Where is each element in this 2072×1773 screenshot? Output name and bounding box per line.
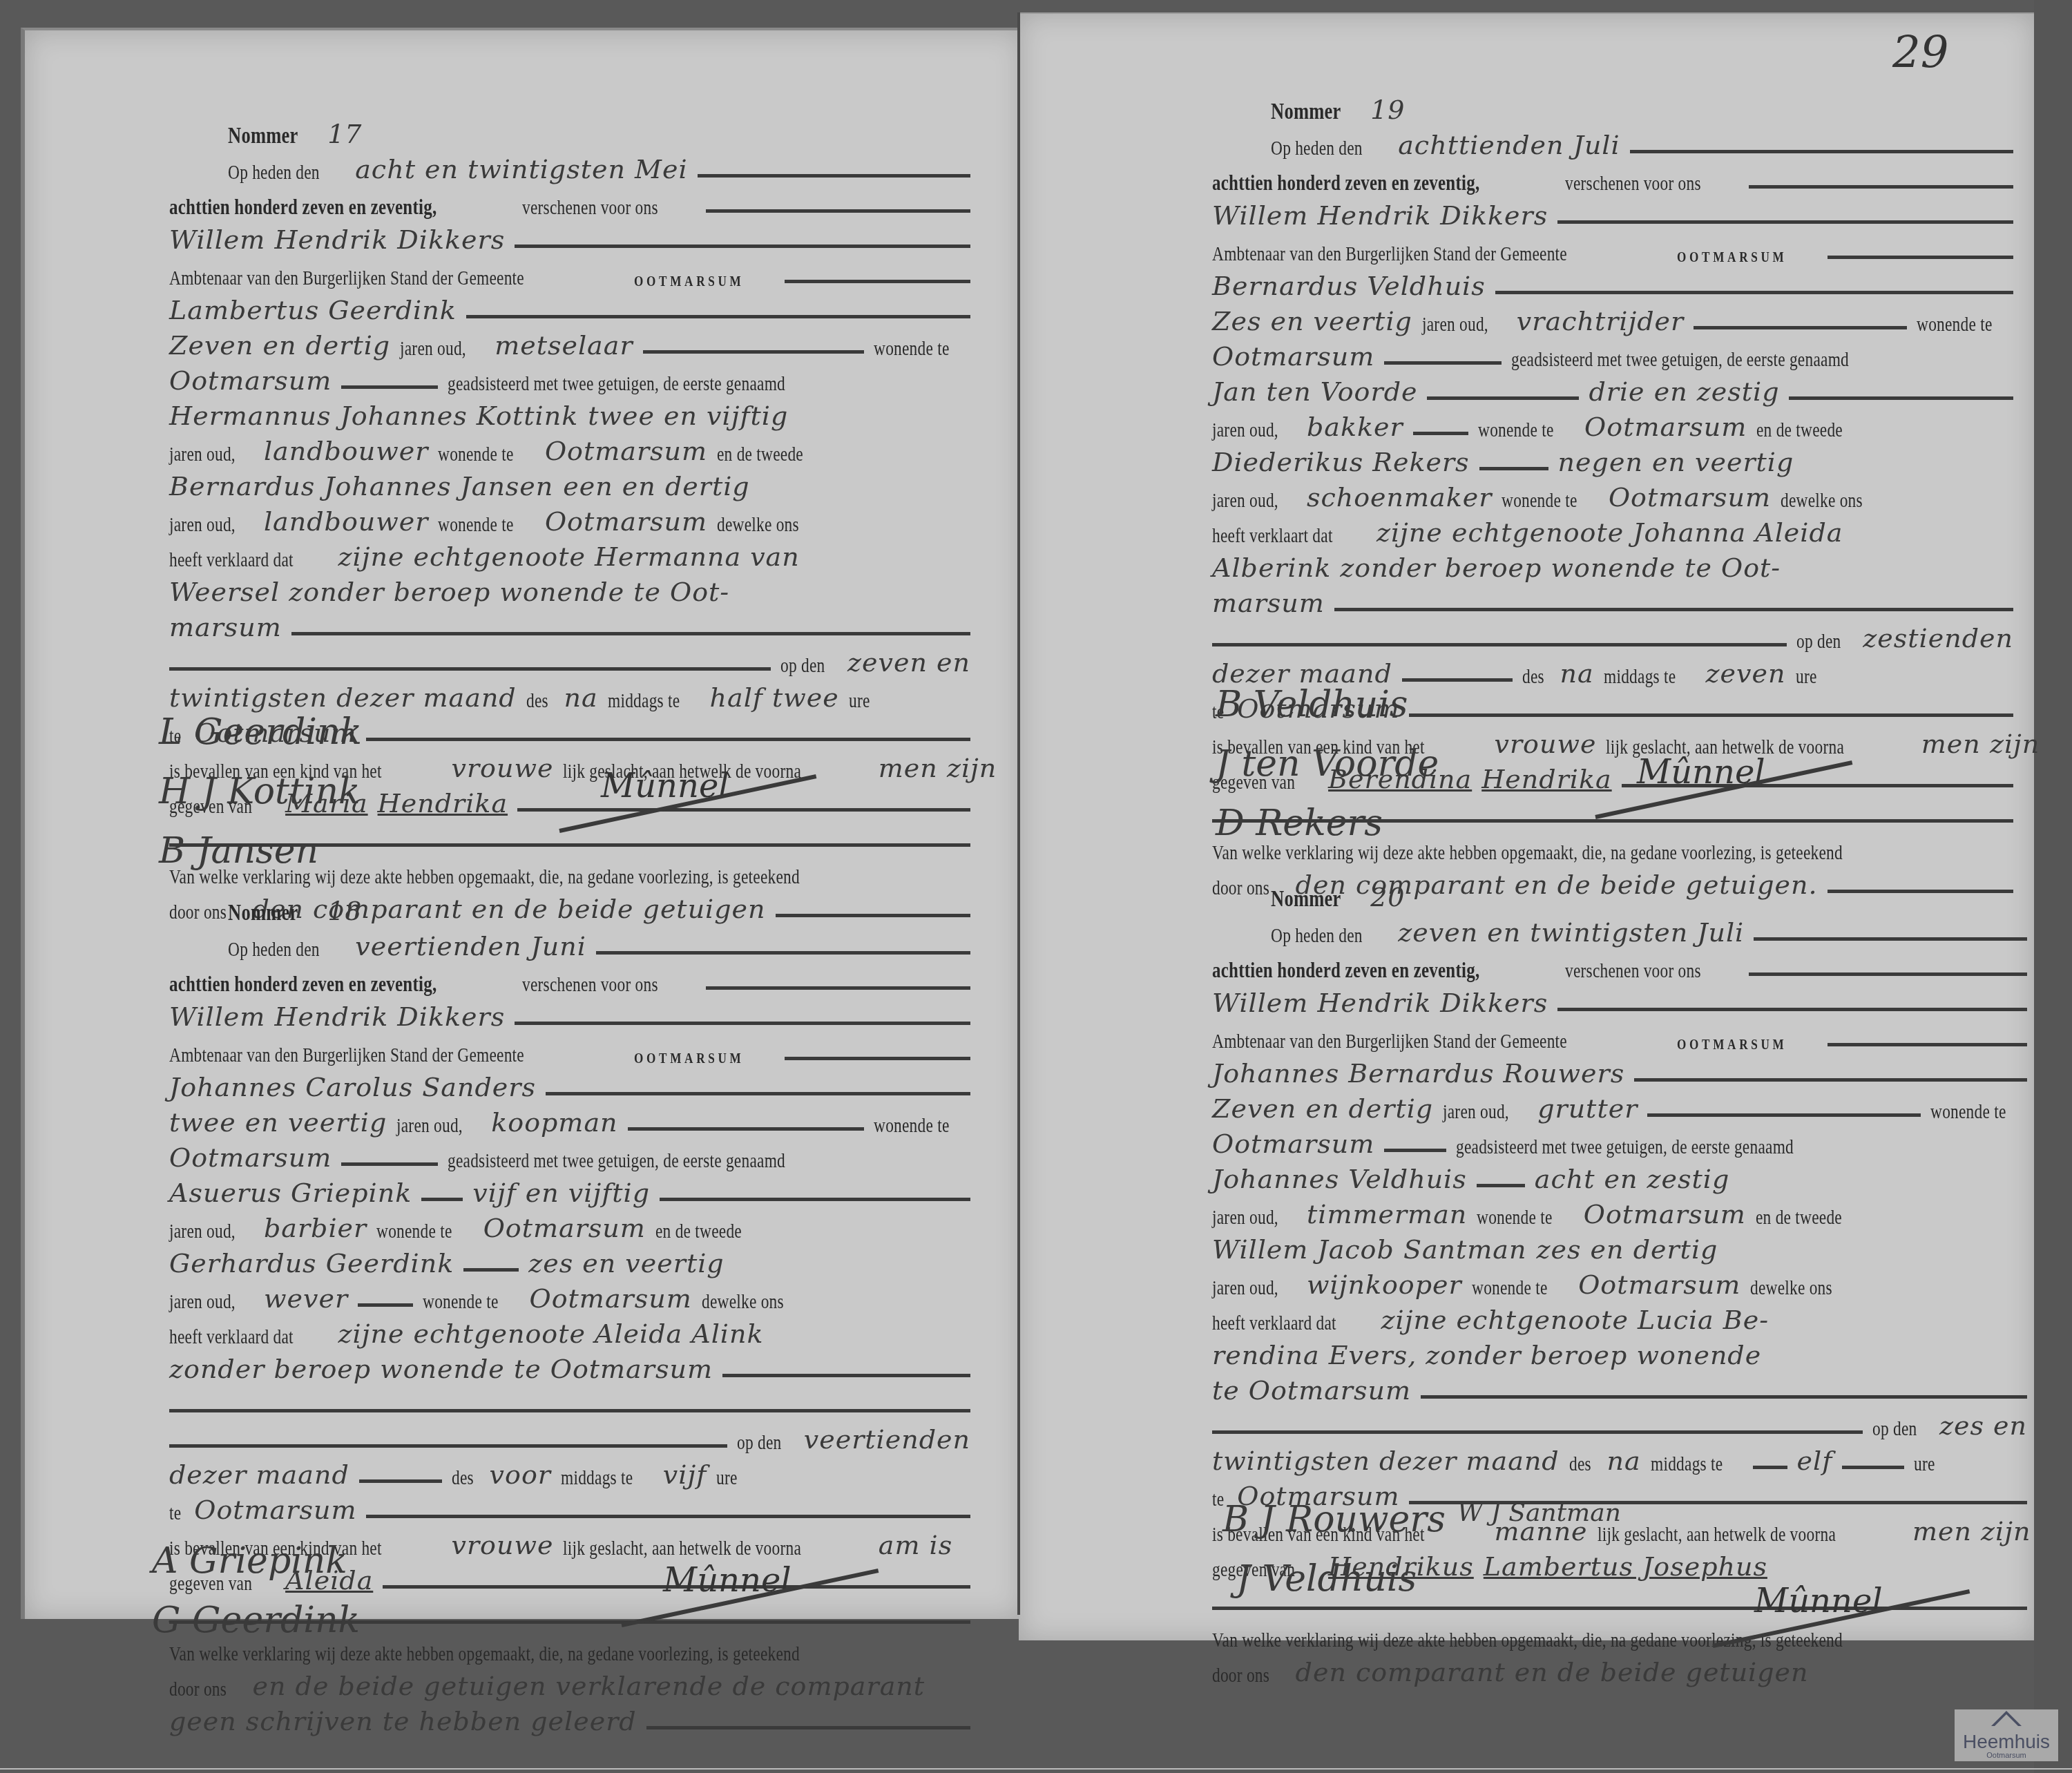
- witness2-occupation: wever: [264, 1283, 348, 1314]
- printed-jaren-oud: jaren oud,: [400, 337, 466, 361]
- printed-des: des: [526, 689, 548, 713]
- names-suffix: men zijn: [1921, 729, 2040, 759]
- official-name: Willem Hendrik Dikkers: [169, 1001, 505, 1032]
- signature: A Griepink: [152, 1540, 360, 1582]
- witness1-age: acht en zestig: [1535, 1164, 1730, 1194]
- fill-rule: [785, 1057, 970, 1060]
- witness1-occupation: landbouwer: [264, 436, 428, 466]
- printed-op-den: op den: [1872, 1417, 1917, 1441]
- fill-rule: [366, 1515, 970, 1518]
- official-name: Willem Hendrik Dikkers: [169, 224, 505, 255]
- names-suffix: am is: [879, 1530, 952, 1560]
- printed-jaren-oud: jaren oud,: [169, 443, 236, 466]
- printed-jaren-oud: jaren oud,: [169, 513, 236, 537]
- fill-rule: [515, 245, 970, 248]
- fill-rule: [722, 1374, 970, 1377]
- witness-signatures-20: B J Rouwers J Veldhuis: [1222, 1499, 1446, 1618]
- entry-number: 19: [1370, 95, 1405, 125]
- printed-jaren-oud: jaren oud,: [1212, 489, 1278, 512]
- witness1-name: Jan ten Voorde: [1212, 376, 1417, 407]
- witness2-name: Willem Jacob Santman: [1212, 1234, 1527, 1265]
- witness2-age: een en dertig: [563, 471, 749, 501]
- fill-rule: [628, 1127, 864, 1131]
- signed-by: en de beide getuigen verklarende de comp…: [253, 1671, 925, 1701]
- fill-rule: [1409, 713, 2013, 717]
- nommer-label: Nommer: [228, 123, 298, 149]
- witness2-age: zes en dertig: [1537, 1234, 1718, 1265]
- municipality-name: OOTMARSUM: [1677, 248, 1787, 266]
- declarant-age: Zes en veertig: [1212, 306, 1412, 336]
- declarant-residence: Ootmarsum: [169, 1142, 332, 1173]
- printed-op-den: op den: [1796, 630, 1841, 653]
- signature-santman: W J Santman: [1457, 1499, 1621, 1527]
- printed-ambtenaar: Ambtenaar van den Burgerlijken Stand der…: [169, 267, 524, 290]
- signature: D Rekers: [1216, 803, 1439, 844]
- witness2-occupation: landbouwer: [264, 506, 428, 537]
- witness1-residence: Ootmarsum: [483, 1213, 646, 1243]
- printed-dewelke-ons: dewelke ons: [1750, 1276, 1832, 1300]
- fill-rule: [291, 632, 970, 635]
- birth-hour: zeven: [1706, 658, 1786, 689]
- witness1-name: Hermannus Johannes Kottink: [169, 401, 578, 431]
- fill-rule: [358, 1303, 413, 1307]
- witness-signatures-17: L Geerdink H J Kottink B Jansen: [159, 711, 362, 890]
- fill-rule: [1842, 1466, 1904, 1469]
- entry-number: 18: [327, 896, 362, 926]
- fill-rule: [517, 808, 970, 812]
- fill-rule: [341, 385, 438, 389]
- fill-rule: [1402, 678, 1513, 682]
- official-signature-17: Mûnnel: [601, 767, 729, 805]
- child-sex: vrouwe: [451, 753, 553, 783]
- fill-rule: [1477, 1184, 1525, 1187]
- fill-rule: [341, 1162, 438, 1166]
- names-suffix: men zijn: [1912, 1516, 2031, 1546]
- printed-op-heden: Op heden den: [1271, 924, 1363, 948]
- printed-jaren-oud: jaren oud,: [1422, 313, 1488, 336]
- printed-geadsisteerd: geadsisteerd met twee getuigen, de eerst…: [1511, 348, 1849, 372]
- declarant-name: Johannes Bernardus Rouwers: [1212, 1058, 1624, 1089]
- signature: B Veldhuis: [1216, 684, 1439, 725]
- entry-number: 17: [327, 119, 362, 149]
- printed-heeft-verklaart: heeft verklaart dat: [1212, 524, 1333, 548]
- printed-ambtenaar: Ambtenaar van den Burgerlijken Stand der…: [169, 1044, 524, 1067]
- printed-heeft-verklaard: heeft verklaard dat: [169, 548, 294, 572]
- printed-ure: ure: [1796, 665, 1817, 689]
- birth-place: Ootmarsum: [194, 1495, 356, 1525]
- witness1-residence: Ootmarsum: [545, 436, 707, 466]
- fill-rule: [1754, 937, 2027, 941]
- declarant-age: Zeven en dertig: [1212, 1093, 1433, 1124]
- printed-ure: ure: [849, 689, 870, 713]
- printed-jaren-oud: jaren oud,: [396, 1114, 463, 1138]
- witness2-occupation: schoenmaker: [1307, 482, 1492, 512]
- printed-middags-te: middags te: [608, 689, 680, 713]
- statement-line-3: marsum: [1212, 588, 1325, 618]
- printed-jaren-oud: jaren oud,: [1212, 1206, 1278, 1229]
- printed-wonende-te: wonende te: [1477, 1206, 1553, 1229]
- fill-rule: [646, 1726, 970, 1729]
- book-spine: [1017, 12, 1020, 1615]
- printed-heeft-verklaard: heeft verklaard dat: [1212, 1312, 1336, 1335]
- fill-rule: [1828, 256, 2013, 259]
- signature: L Geerdink: [159, 711, 362, 753]
- statement-line-1: zijne echtgenoote Johanna Aleida: [1376, 517, 1843, 548]
- witness2-residence: Ootmarsum: [1609, 482, 1771, 512]
- printed-des: des: [452, 1466, 474, 1490]
- registration-date: zeven en twintigsten Juli: [1398, 917, 1744, 948]
- printed-wonende-te: wonende te: [1472, 1276, 1548, 1300]
- signature: J Veldhuis: [1236, 1558, 1446, 1600]
- printed-year: achttien honderd zeven en zeventig,: [1212, 170, 1479, 195]
- printed-wonende-te: wonende te: [1502, 489, 1577, 512]
- fill-rule: [706, 209, 970, 213]
- witness1-occupation: barbier: [264, 1213, 367, 1243]
- printed-op-heden: Op heden den: [1271, 137, 1363, 160]
- fill-rule: [698, 174, 970, 178]
- printed-wonende-te: wonende te: [1930, 1100, 2006, 1124]
- declarant-occupation: grutter: [1537, 1093, 1638, 1124]
- official-name: Willem Hendrik Dikkers: [1212, 988, 1548, 1018]
- statement-line-2: Alberink zonder beroep wonende te Oot-: [1212, 553, 1781, 583]
- printed-lijk-geslacht: lijk geslacht, aan hetwelk de voorna: [563, 1537, 801, 1560]
- printed-door-ons: door ons: [169, 1678, 227, 1701]
- birth-hour: vijf: [663, 1459, 707, 1490]
- printed-lijk-geslacht: lijk geslacht, aan hetwelk de voorna: [1598, 1523, 1836, 1546]
- printed-op-heden: Op heden den: [228, 938, 320, 961]
- witness1-residence: Ootmarsum: [1584, 1199, 1746, 1229]
- signature: H J Kottink: [159, 771, 362, 812]
- declarant-name: Lambertus Geerdink: [169, 295, 457, 325]
- witness1-residence: Ootmarsum: [1584, 412, 1747, 442]
- declarant-age: twee en veertig: [169, 1107, 387, 1138]
- municipality-name: OOTMARSUM: [634, 272, 744, 290]
- witness2-name: Bernardus Johannes Jansen: [169, 471, 553, 501]
- time-of-day: voor: [490, 1459, 551, 1490]
- fill-rule: [1749, 185, 2013, 189]
- birth-day-2: twintigsten dezer maand: [169, 682, 517, 713]
- scan-border-bottom: [0, 1768, 2072, 1770]
- birth-day-2: dezer maand: [169, 1459, 349, 1490]
- witness2-residence: Ootmarsum: [530, 1283, 692, 1314]
- fill-rule: [1749, 972, 2027, 976]
- printed-year: achttien honderd zeven en zeventig,: [169, 971, 437, 997]
- time-of-day: na: [564, 682, 598, 713]
- fill-rule: [660, 1198, 970, 1201]
- witness2-name: Gerhardus Geerdink: [169, 1248, 454, 1278]
- printed-heeft-verklaard: heeft verklaard dat: [169, 1325, 294, 1349]
- nommer-label: Nommer: [1271, 886, 1341, 912]
- printed-middags-te: middags te: [561, 1466, 633, 1490]
- fill-rule: [169, 1409, 970, 1412]
- printed-ambtenaar: Ambtenaar van den Burgerlijken Stand der…: [1212, 242, 1567, 266]
- printed-en-de-tweede: en de tweede: [717, 443, 803, 466]
- printed-op-den: op den: [780, 654, 825, 678]
- printed-ure: ure: [1914, 1453, 1935, 1476]
- fill-rule: [643, 350, 864, 354]
- fill-rule: [515, 1022, 970, 1025]
- folio-number: 29: [1892, 28, 1948, 79]
- fill-rule: [1384, 1149, 1446, 1152]
- printed-middags-te: middags te: [1604, 665, 1676, 689]
- witness1-name: Asuerus Griepink: [169, 1178, 412, 1208]
- printed-en-de-tweede: en de tweede: [655, 1220, 742, 1243]
- registration-date: veertienden Juni: [355, 931, 586, 961]
- birth-day-1: zeven en: [847, 647, 970, 678]
- house-roof-icon: [1991, 1711, 2022, 1726]
- declarant-occupation: koopman: [491, 1107, 617, 1138]
- witness2-age: negen en veertig: [1558, 447, 1794, 477]
- witness1-age: drie en zestig: [1589, 376, 1779, 407]
- fill-rule: [1557, 220, 2013, 224]
- fill-rule: [706, 986, 970, 990]
- printed-wonende-te: wonende te: [1478, 419, 1554, 442]
- printed-door-ons: door ons: [1212, 1664, 1269, 1687]
- fill-rule: [1334, 608, 2013, 611]
- printed-wonende-te: wonende te: [438, 443, 514, 466]
- printed-jaren-oud: jaren oud,: [1212, 419, 1278, 442]
- fill-rule: [1421, 1395, 2027, 1399]
- witness1-occupation: timmerman: [1307, 1199, 1467, 1229]
- printed-middags-te: middags te: [1651, 1453, 1723, 1476]
- printed-des: des: [1522, 665, 1544, 689]
- printed-year: achttien honderd zeven en zeventig,: [1212, 957, 1479, 983]
- printed-jaren-oud: jaren oud,: [1212, 1276, 1278, 1300]
- printed-dewelke-ons: dewelke ons: [717, 513, 799, 537]
- printed-en-de-tweede: en de tweede: [1756, 1206, 1842, 1229]
- fill-rule: [463, 1268, 519, 1272]
- signature: J ten Voorde: [1216, 743, 1439, 785]
- statement-line-1: zijne echtgenoote Lucia Be-: [1381, 1305, 1769, 1335]
- official-name: Willem Hendrik Dikkers: [1212, 200, 1548, 231]
- municipality-name: OOTMARSUM: [1677, 1035, 1787, 1053]
- fill-rule: [1789, 396, 2013, 400]
- statement-line-2: Weersel zonder beroep wonende te Oot-: [169, 577, 729, 607]
- printed-des: des: [1569, 1453, 1591, 1476]
- printed-wonende-te: wonende te: [438, 513, 514, 537]
- official-signature-18: Mûnnel: [663, 1561, 792, 1600]
- birth-day-1: veertienden: [804, 1424, 970, 1455]
- fill-rule: [1384, 361, 1502, 365]
- fill-rule: [169, 667, 771, 671]
- statement-line-2: zonder beroep wonende te Ootmarsum: [169, 1354, 713, 1384]
- printed-verschenen: verschenen voor ons: [1565, 172, 1701, 195]
- witness2-residence: Ootmarsum: [545, 506, 707, 537]
- printed-jaren-oud: jaren oud,: [169, 1290, 236, 1314]
- printed-ambtenaar: Ambtenaar van den Burgerlijken Stand der…: [1212, 1030, 1567, 1053]
- fill-rule: [359, 1479, 442, 1483]
- heemhuis-watermark: Heemhuis Ootmarsum: [1955, 1709, 2058, 1761]
- fill-rule: [785, 280, 970, 283]
- official-signature-20: Mûnnel: [1754, 1582, 1883, 1620]
- child-second-name: Lambertus Josephus: [1484, 1551, 1767, 1582]
- printed-year: achttien honderd zeven en zeventig,: [169, 194, 437, 220]
- printed-jaren-oud: jaren oud,: [169, 1220, 236, 1243]
- printed-ure: ure: [716, 1466, 738, 1490]
- fill-rule: [1557, 1008, 2027, 1011]
- statement-line-1: zijne echtgenoote Aleida Alink: [338, 1319, 764, 1349]
- printed-verschenen: verschenen voor ons: [522, 196, 658, 220]
- signed-by: den comparant en de beide getuigen: [1296, 1657, 1809, 1687]
- time-of-day: na: [1607, 1446, 1641, 1476]
- fill-rule: [1212, 643, 1787, 646]
- witness1-age: vijf en vijftig: [472, 1178, 650, 1208]
- fill-rule: [1828, 1043, 2027, 1046]
- signature: B J Rouwers: [1222, 1499, 1446, 1540]
- declarant-name: Bernardus Veldhuis: [1212, 271, 1486, 301]
- fill-rule: [421, 1198, 463, 1201]
- witness-signatures-18: A Griepink G Geerdink: [152, 1540, 360, 1659]
- declarant-occupation: metselaar: [495, 330, 633, 361]
- fill-rule: [1495, 291, 2013, 294]
- witness1-name: Johannes Veldhuis: [1212, 1164, 1467, 1194]
- printed-wonende-te: wonende te: [874, 337, 950, 361]
- fill-rule: [1753, 1466, 1787, 1469]
- scan-border-right: [2034, 0, 2072, 1773]
- fill-rule: [466, 315, 970, 318]
- declarant-occupation: vrachtrijder: [1517, 306, 1684, 336]
- nommer-label: Nommer: [228, 900, 298, 926]
- printed-op-den: op den: [737, 1431, 781, 1455]
- statement-line-2: rendina Evers, zonder beroep wonende: [1212, 1340, 1761, 1370]
- child-sex: vrouwe: [451, 1530, 553, 1560]
- child-second-name: Hendrika: [378, 788, 508, 818]
- printed-geadsisteerd: geadsisteerd met twee getuigen, de eerst…: [1456, 1135, 1794, 1159]
- printed-geadsisteerd: geadsisteerd met twee getuigen, de eerst…: [448, 372, 785, 396]
- signature: B Jansen: [159, 830, 362, 872]
- signed-by-continued: geen schrijven te hebben geleerd: [169, 1706, 637, 1736]
- witness1-age: twee en vijftig: [588, 401, 788, 431]
- declarant-residence: Ootmarsum: [1212, 341, 1374, 372]
- printed-geadsisteerd: geadsisteerd met twee getuigen, de eerst…: [448, 1149, 785, 1173]
- time-of-day: na: [1560, 658, 1594, 689]
- fill-rule: [1427, 396, 1579, 400]
- witness2-residence: Ootmarsum: [1578, 1269, 1740, 1300]
- witness2-name: Diederikus Rekers: [1212, 447, 1470, 477]
- fill-rule: [1212, 1430, 1863, 1434]
- fill-rule: [1413, 432, 1468, 435]
- witness1-occupation: bakker: [1307, 412, 1403, 442]
- birth-day-1: zes en: [1939, 1410, 2027, 1441]
- watermark-subtitle: Ootmarsum: [1986, 1752, 2026, 1760]
- nommer-label: Nommer: [1271, 99, 1341, 125]
- printed-op-heden: Op heden den: [228, 161, 320, 184]
- witness2-age: zes en veertig: [528, 1248, 725, 1278]
- fill-rule: [1479, 467, 1548, 470]
- declarant-residence: Ootmarsum: [169, 365, 332, 396]
- fill-rule: [1630, 150, 2013, 153]
- printed-wonende-te: wonende te: [376, 1220, 452, 1243]
- names-suffix: men zijn: [879, 753, 997, 783]
- printed-verschenen: verschenen voor ons: [522, 973, 658, 997]
- printed-dewelke-ons: dewelke ons: [702, 1290, 784, 1314]
- printed-te: te: [169, 1502, 181, 1525]
- declarant-age: Zeven en dertig: [169, 330, 390, 361]
- statement-line-3: te Ootmarsum: [1212, 1375, 1411, 1406]
- printed-wonende-te: wonende te: [423, 1290, 499, 1314]
- printed-en-de-tweede: en de tweede: [1756, 419, 1843, 442]
- birth-hour: half twee: [710, 682, 839, 713]
- fill-rule: [1647, 1113, 1920, 1117]
- birth-day-1: zestienden: [1863, 623, 2013, 653]
- fill-rule: [366, 738, 970, 741]
- fill-rule: [1694, 326, 1906, 329]
- declarant-residence: Ootmarsum: [1212, 1129, 1374, 1159]
- scanned-register-spread: 29 Nommer17 Op heden denacht en twintigs…: [0, 0, 2072, 1773]
- child-sex: vrouwe: [1494, 729, 1596, 759]
- printed-wonende-te: wonende te: [874, 1114, 950, 1138]
- witness2-occupation: wijnkooper: [1307, 1269, 1462, 1300]
- statement-line-3: marsum: [169, 612, 282, 642]
- watermark-title: Heemhuis: [1963, 1732, 2050, 1752]
- declarant-name: Johannes Carolus Sanders: [169, 1072, 536, 1102]
- birth-day-2: twintigsten dezer maand: [1212, 1446, 1560, 1476]
- fill-rule: [596, 951, 970, 955]
- printed-dewelke-ons: dewelke ons: [1781, 489, 1863, 512]
- printed-wonende-te: wonende te: [1917, 313, 1993, 336]
- municipality-name: OOTMARSUM: [634, 1049, 744, 1067]
- fill-rule: [1634, 1078, 2027, 1082]
- fill-rule: [546, 1092, 970, 1095]
- registration-date: achttienden Juli: [1398, 130, 1620, 160]
- signature: G Geerdink: [152, 1600, 360, 1641]
- birth-hour: elf: [1797, 1446, 1833, 1476]
- child-second-name: Hendrika: [1481, 764, 1611, 794]
- registration-date: acht en twintigsten Mei: [355, 154, 687, 184]
- fill-rule: [169, 1444, 727, 1448]
- statement-line-1: zijne echtgenoote Hermanna van: [338, 542, 800, 572]
- witness-signatures-19: B Veldhuis J ten Voorde D Rekers: [1216, 684, 1439, 862]
- printed-verschenen: verschenen voor ons: [1565, 959, 1701, 983]
- official-signature-19: Mûnnel: [1637, 753, 1765, 792]
- entry-number: 20: [1370, 882, 1405, 912]
- printed-jaren-oud: jaren oud,: [1443, 1100, 1509, 1124]
